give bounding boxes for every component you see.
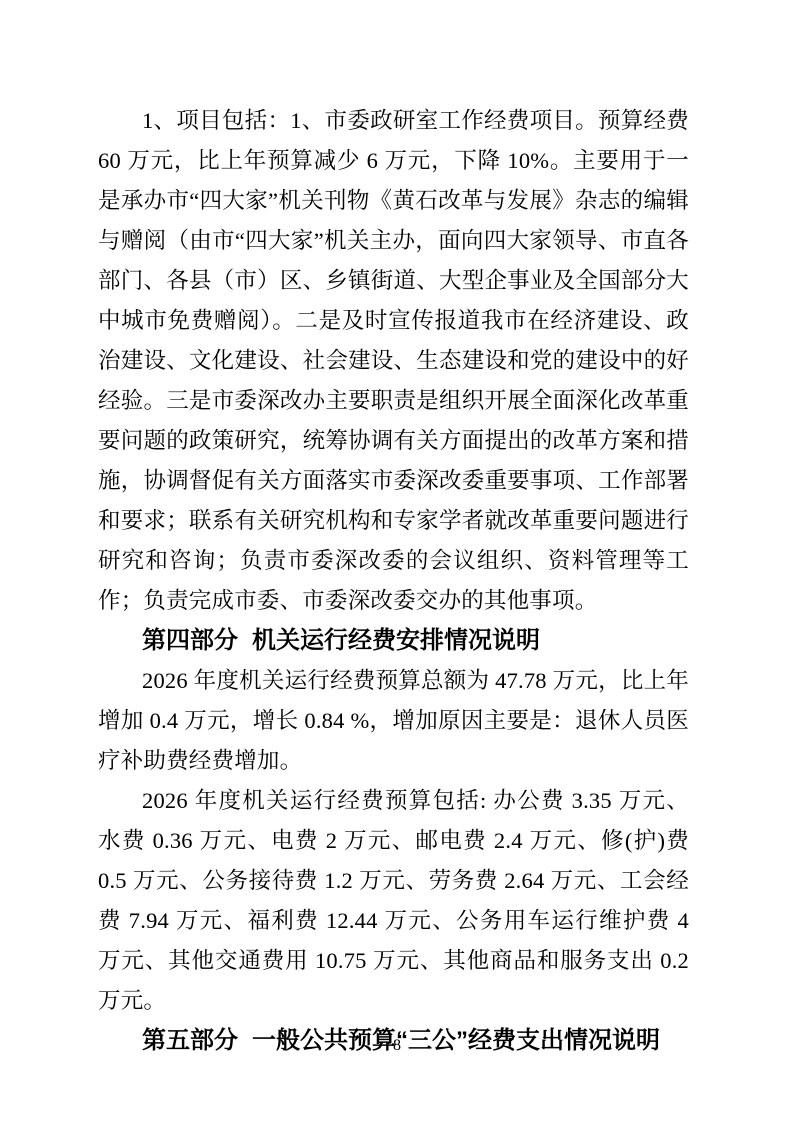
heading-part4-title: 机关运行经费安排情况说明 [252,627,540,654]
page-number: 8 [0,1036,794,1056]
document-page: 1、项目包括：1、市委政研室工作经费项目。预算经费 60 万元，比上年预算减少 … [0,0,794,1123]
page-content: 1、项目包括：1、市委政研室工作经费项目。预算经费 60 万元，比上年预算减少 … [98,101,689,1061]
paragraph-operating-budget-total: 2026 年度机关运行经费预算总额为 47.78 万元，比上年增加 0.4 万元… [98,661,689,781]
heading-part4-label: 第四部分 [142,627,238,654]
section-heading-part4: 第四部分机关运行经费安排情况说明 [98,621,689,661]
paragraph-operating-budget-breakdown: 2026 年度机关运行经费预算包括: 办公费 3.35 万元、水费 0.36 万… [98,781,689,1021]
paragraph-project-description: 1、项目包括：1、市委政研室工作经费项目。预算经费 60 万元，比上年预算减少 … [98,101,689,621]
